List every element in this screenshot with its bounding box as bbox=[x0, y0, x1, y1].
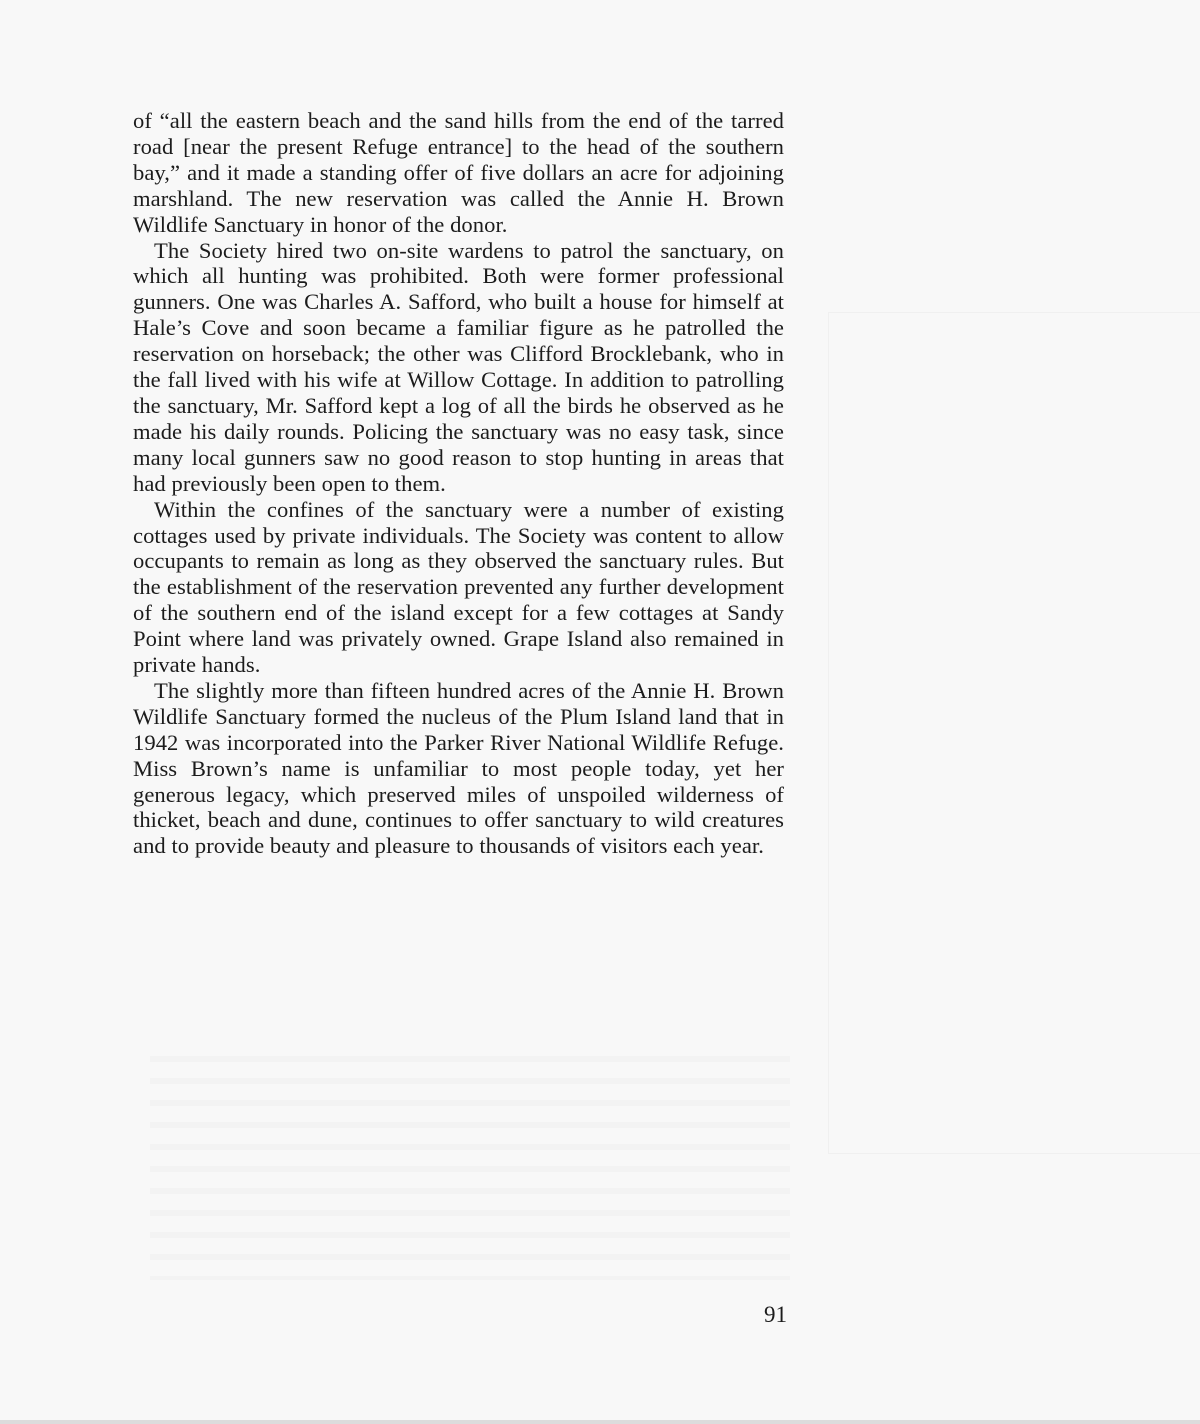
paragraph-1: of “all the eastern beach and the sand h… bbox=[133, 108, 784, 238]
paragraph-4: The slightly more than fifteen hundred a… bbox=[133, 678, 784, 859]
show-through-text bbox=[150, 1040, 790, 1280]
page-number: 91 bbox=[764, 1302, 787, 1328]
show-through-figure bbox=[828, 312, 1200, 1154]
book-page: of “all the eastern beach and the sand h… bbox=[0, 0, 1200, 1420]
body-text: of “all the eastern beach and the sand h… bbox=[133, 108, 784, 859]
page-bottom-edge bbox=[0, 1420, 1200, 1424]
paragraph-2: The Society hired two on-site wardens to… bbox=[133, 238, 784, 497]
paragraph-3: Within the confines of the sanctuary wer… bbox=[133, 497, 784, 678]
